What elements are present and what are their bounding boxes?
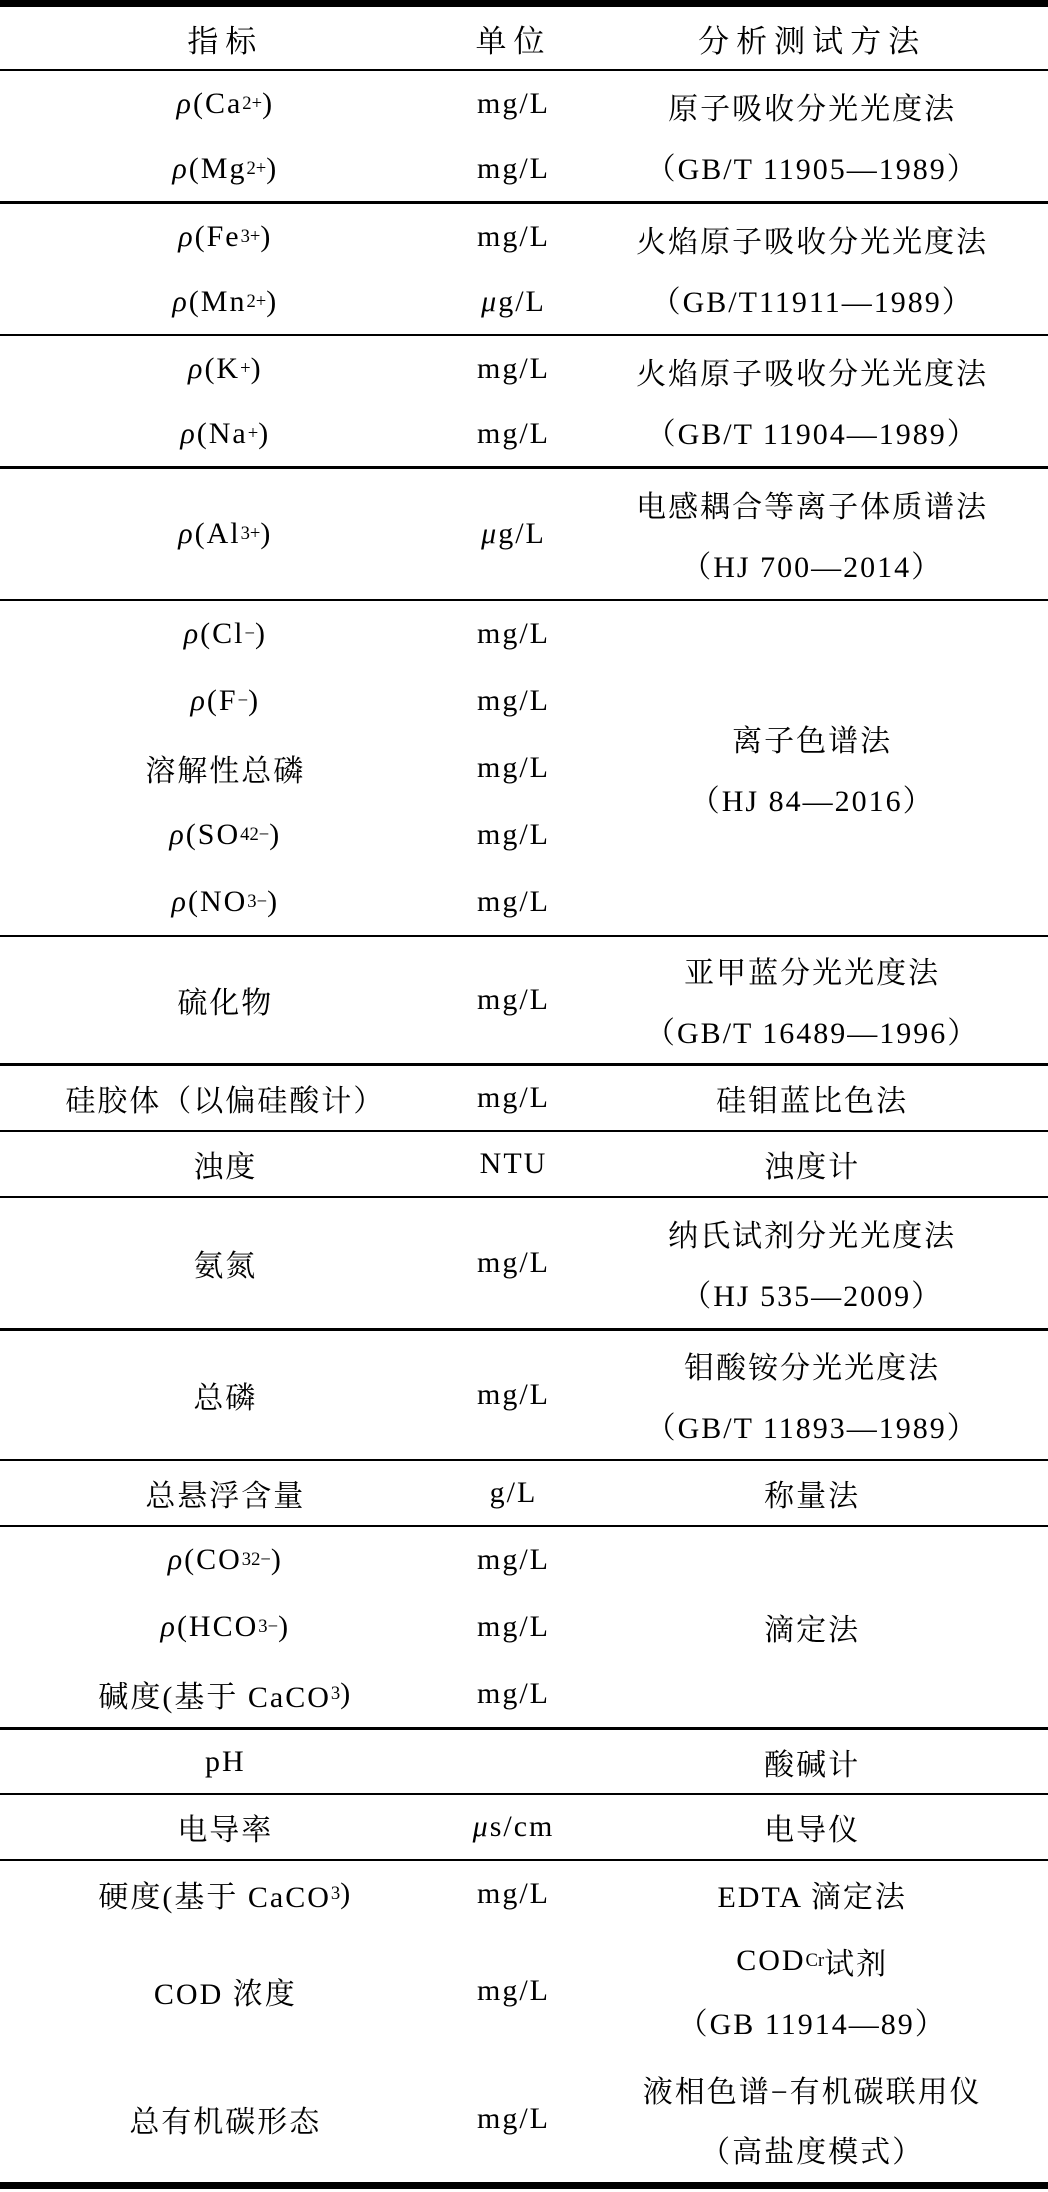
method-cell: EDTA 滴定法 xyxy=(576,1864,1048,1924)
indicator-cell: 氨氮 xyxy=(0,1198,451,1328)
method-column-cell: 火焰原子吸收分光光度法（GB/T 11904—1989） xyxy=(576,336,1048,466)
unit-cell: NTU xyxy=(451,1132,577,1196)
indicator-cell: ρ(Mg2+) xyxy=(0,136,451,201)
unit-cell: mg/L xyxy=(451,136,577,201)
method-column-cell: 原子吸收分光光度法（GB/T 11905—1989） xyxy=(576,71,1048,201)
method-column-cell: 滴定法 xyxy=(576,1527,1048,1727)
method-column-cell: 纳氏试剂分光光度法（HJ 535—2009） xyxy=(576,1198,1048,1328)
method-column-cell: EDTA 滴定法 xyxy=(576,1861,1048,1926)
table-group-row: 总有机碳形态mg/L液相色谱−有机碳联用仪（高盐度模式） xyxy=(0,2056,1048,2182)
method-column-cell: 称量法 xyxy=(576,1461,1048,1525)
unit-cell: mg/L xyxy=(451,668,577,735)
table-group-row: 总悬浮含量g/L称量法 xyxy=(0,1461,1048,1527)
method-cell: （GB/T 11904—1989） xyxy=(576,401,1048,461)
unit-column-cell: mg/L xyxy=(451,1066,577,1130)
indicator-cell: ρ(F−) xyxy=(0,668,451,735)
indicator-column-cell: 硫化物 xyxy=(0,937,451,1063)
unit-cell: mg/L xyxy=(451,336,577,401)
table-body: ρ(Ca2+)ρ(Mg2+)mg/Lmg/L原子吸收分光光度法（GB/T 119… xyxy=(0,71,1048,2182)
unit-column-cell: mg/L xyxy=(451,937,577,1063)
unit-cell: mg/L xyxy=(451,868,577,935)
table-group-row: 电导率μs/cm电导仪 xyxy=(0,1795,1048,1861)
unit-cell: mg/L xyxy=(451,1861,577,1926)
method-cell: 电感耦合等离子体质谱法 xyxy=(576,474,1048,534)
method-cell: 离子色谱法 xyxy=(576,708,1048,768)
table-group-row: 浊度NTU浊度计 xyxy=(0,1132,1048,1198)
method-cell: 硅钼蓝比色法 xyxy=(576,1068,1048,1128)
indicator-column-cell: 浊度 xyxy=(0,1132,451,1196)
indicator-cell: 总悬浮含量 xyxy=(0,1461,451,1525)
unit-cell: mg/L xyxy=(451,71,577,136)
table-group-row: ρ(Al3+)μg/L电感耦合等离子体质谱法（HJ 700—2014） xyxy=(0,469,1048,601)
method-cell: （HJ 84—2016） xyxy=(576,768,1048,828)
table-group-row: 总磷mg/L钼酸铵分光光度法（GB/T 11893—1989） xyxy=(0,1331,1048,1461)
method-cell: 滴定法 xyxy=(576,1597,1048,1657)
unit-column-cell: NTU xyxy=(451,1132,577,1196)
indicator-cell: ρ(Ca2+) xyxy=(0,71,451,136)
table-group-row: 硬度(基于 CaCO3)mg/LEDTA 滴定法 xyxy=(0,1861,1048,1926)
unit-cell: mg/L xyxy=(451,1926,577,2056)
method-cell: （GB/T 16489—1996） xyxy=(576,1000,1048,1060)
unit-column-cell: mg/Lμg/L xyxy=(451,204,577,334)
method-column-cell: 电导仪 xyxy=(576,1795,1048,1859)
indicator-cell: ρ(HCO3−) xyxy=(0,1594,451,1661)
unit-cell: μs/cm xyxy=(451,1795,577,1859)
method-cell: 称量法 xyxy=(576,1463,1048,1523)
table-group-row: ρ(Ca2+)ρ(Mg2+)mg/Lmg/L原子吸收分光光度法（GB/T 119… xyxy=(0,71,1048,204)
table-group-row: pH酸碱计 xyxy=(0,1730,1048,1795)
indicator-cell: pH xyxy=(0,1730,451,1793)
unit-cell: mg/L xyxy=(451,937,577,1063)
method-cell: 酸碱计 xyxy=(576,1732,1048,1792)
indicator-column-cell: ρ(CO32−)ρ(HCO3−)碱度(基于 CaCO3) xyxy=(0,1527,451,1727)
unit-column-cell: mg/Lmg/Lmg/L xyxy=(451,1527,577,1727)
table-group-row: ρ(Cl−)ρ(F−)溶解性总磷ρ(SO42−)ρ(NO3−)mg/Lmg/Lm… xyxy=(0,601,1048,937)
unit-cell: mg/L xyxy=(451,1660,577,1727)
method-column-cell: 液相色谱−有机碳联用仪（高盐度模式） xyxy=(576,2056,1048,2182)
method-cell: 钼酸铵分光光度法 xyxy=(576,1335,1048,1395)
method-cell: 浊度计 xyxy=(576,1134,1048,1194)
unit-column-cell: mg/L xyxy=(451,2056,577,2182)
unit-column-cell: mg/Lmg/L xyxy=(451,71,577,201)
indicator-column-cell: 氨氮 xyxy=(0,1198,451,1328)
indicator-cell: ρ(CO32−) xyxy=(0,1527,451,1594)
unit-cell: μg/L xyxy=(451,269,577,334)
table-group-row: ρ(Fe3+)ρ(Mn2+)mg/Lμg/L火焰原子吸收分光光度法（GB/T11… xyxy=(0,204,1048,336)
indicator-column-cell: 硬度(基于 CaCO3) xyxy=(0,1861,451,1926)
table-header-row: 指标 单位 分析测试方法 xyxy=(0,7,1048,71)
method-cell: 原子吸收分光光度法 xyxy=(576,76,1048,136)
table-group-row: 硫化物mg/L亚甲蓝分光光度法（GB/T 16489—1996） xyxy=(0,937,1048,1066)
indicator-cell: 浊度 xyxy=(0,1132,451,1196)
indicator-cell: ρ(Cl−) xyxy=(0,601,451,668)
indicator-cell: ρ(SO42−) xyxy=(0,801,451,868)
indicator-cell: 硬度(基于 CaCO3) xyxy=(0,1861,451,1926)
method-cell: （HJ 535—2009） xyxy=(576,1263,1048,1323)
method-cell: （高盐度模式） xyxy=(576,2119,1048,2179)
unit-cell: mg/L xyxy=(451,204,577,269)
indicator-column-cell: pH xyxy=(0,1730,451,1793)
table-group-row: 氨氮mg/L纳氏试剂分光光度法（HJ 535—2009） xyxy=(0,1198,1048,1331)
method-column-cell: 浊度计 xyxy=(576,1132,1048,1196)
method-cell: 液相色谱−有机碳联用仪 xyxy=(576,2059,1048,2119)
method-column-cell: 酸碱计 xyxy=(576,1730,1048,1793)
indicator-cell: ρ(Na+) xyxy=(0,401,451,466)
method-cell: 火焰原子吸收分光光度法 xyxy=(576,341,1048,401)
method-cell: 纳氏试剂分光光度法 xyxy=(576,1203,1048,1263)
unit-cell: mg/L xyxy=(451,601,577,668)
unit-cell: mg/L xyxy=(451,1594,577,1661)
unit-cell: mg/L xyxy=(451,2056,577,2182)
indicator-column-cell: ρ(Fe3+)ρ(Mn2+) xyxy=(0,204,451,334)
unit-column-cell: g/L xyxy=(451,1461,577,1525)
unit-cell xyxy=(451,1730,577,1793)
method-cell: （GB/T 11893—1989） xyxy=(576,1395,1048,1455)
unit-cell: mg/L xyxy=(451,801,577,868)
indicator-cell: 溶解性总磷 xyxy=(0,735,451,802)
analysis-methods-table: 指标 单位 分析测试方法 ρ(Ca2+)ρ(Mg2+)mg/Lmg/L原子吸收分… xyxy=(0,0,1048,2189)
method-cell: CODCr 试剂 xyxy=(576,1931,1048,1991)
indicator-column-cell: COD 浓度 xyxy=(0,1926,451,2056)
indicator-column-cell: 硅胶体（以偏硅酸计） xyxy=(0,1066,451,1130)
indicator-cell: ρ(K+) xyxy=(0,336,451,401)
unit-column-cell: mg/Lmg/Lmg/Lmg/Lmg/L xyxy=(451,601,577,935)
unit-cell: mg/L xyxy=(451,1066,577,1130)
header-unit: 单位 xyxy=(451,7,577,69)
unit-cell: mg/L xyxy=(451,1198,577,1328)
indicator-cell: 总磷 xyxy=(0,1331,451,1459)
method-column-cell: 亚甲蓝分光光度法（GB/T 16489—1996） xyxy=(576,937,1048,1063)
method-cell: 亚甲蓝分光光度法 xyxy=(576,940,1048,1000)
indicator-column-cell: ρ(Al3+) xyxy=(0,469,451,599)
unit-column-cell: mg/L xyxy=(451,1331,577,1459)
method-cell: 火焰原子吸收分光光度法 xyxy=(576,209,1048,269)
indicator-column-cell: 总悬浮含量 xyxy=(0,1461,451,1525)
method-column-cell: 钼酸铵分光光度法（GB/T 11893—1989） xyxy=(576,1331,1048,1459)
indicator-column-cell: 总磷 xyxy=(0,1331,451,1459)
paper-table-page: 指标 单位 分析测试方法 ρ(Ca2+)ρ(Mg2+)mg/Lmg/L原子吸收分… xyxy=(0,0,1048,2192)
method-column-cell: 火焰原子吸收分光光度法（GB/T11911—1989） xyxy=(576,204,1048,334)
unit-column-cell: mg/L xyxy=(451,1198,577,1328)
unit-cell: g/L xyxy=(451,1461,577,1525)
indicator-cell: 电导率 xyxy=(0,1795,451,1859)
method-cell: 电导仪 xyxy=(576,1797,1048,1857)
unit-column-cell: mg/L xyxy=(451,1861,577,1926)
unit-column-cell: mg/L xyxy=(451,1926,577,2056)
unit-cell: mg/L xyxy=(451,1331,577,1459)
header-indicator: 指标 xyxy=(0,7,451,69)
method-column-cell: 电感耦合等离子体质谱法（HJ 700—2014） xyxy=(576,469,1048,599)
indicator-column-cell: ρ(K+)ρ(Na+) xyxy=(0,336,451,466)
indicator-cell: ρ(Al3+) xyxy=(0,469,451,599)
indicator-cell: ρ(Mn2+) xyxy=(0,269,451,334)
unit-column-cell: μg/L xyxy=(451,469,577,599)
indicator-column-cell: 总有机碳形态 xyxy=(0,2056,451,2182)
indicator-cell: COD 浓度 xyxy=(0,1926,451,2056)
method-column-cell: 离子色谱法（HJ 84—2016） xyxy=(576,601,1048,935)
method-column-cell: 硅钼蓝比色法 xyxy=(576,1066,1048,1130)
table-group-row: 硅胶体（以偏硅酸计）mg/L硅钼蓝比色法 xyxy=(0,1066,1048,1132)
method-cell: （GB/T 11905—1989） xyxy=(576,136,1048,196)
unit-column-cell: μs/cm xyxy=(451,1795,577,1859)
table-group-row: COD 浓度mg/LCODCr 试剂（GB 11914—89） xyxy=(0,1926,1048,2056)
unit-cell: μg/L xyxy=(451,469,577,599)
indicator-cell: 碱度(基于 CaCO3) xyxy=(0,1660,451,1727)
method-cell: （GB/T11911—1989） xyxy=(576,269,1048,329)
indicator-cell: ρ(Fe3+) xyxy=(0,204,451,269)
indicator-cell: 硫化物 xyxy=(0,937,451,1063)
unit-cell: mg/L xyxy=(451,735,577,802)
method-cell: （HJ 700—2014） xyxy=(576,534,1048,594)
method-column-cell: CODCr 试剂（GB 11914—89） xyxy=(576,1926,1048,2056)
table-group-row: ρ(K+)ρ(Na+)mg/Lmg/L火焰原子吸收分光光度法（GB/T 1190… xyxy=(0,336,1048,469)
indicator-column-cell: 电导率 xyxy=(0,1795,451,1859)
indicator-cell: 总有机碳形态 xyxy=(0,2056,451,2182)
unit-cell: mg/L xyxy=(451,401,577,466)
unit-cell: mg/L xyxy=(451,1527,577,1594)
indicator-cell: ρ(NO3−) xyxy=(0,868,451,935)
indicator-cell: 硅胶体（以偏硅酸计） xyxy=(0,1066,451,1130)
method-cell: （GB 11914—89） xyxy=(576,1991,1048,2051)
unit-column-cell: mg/Lmg/L xyxy=(451,336,577,466)
indicator-column-cell: ρ(Ca2+)ρ(Mg2+) xyxy=(0,71,451,201)
table-group-row: ρ(CO32−)ρ(HCO3−)碱度(基于 CaCO3)mg/Lmg/Lmg/L… xyxy=(0,1527,1048,1730)
header-method: 分析测试方法 xyxy=(576,7,1048,69)
indicator-column-cell: ρ(Cl−)ρ(F−)溶解性总磷ρ(SO42−)ρ(NO3−) xyxy=(0,601,451,935)
unit-column-cell xyxy=(451,1730,577,1793)
